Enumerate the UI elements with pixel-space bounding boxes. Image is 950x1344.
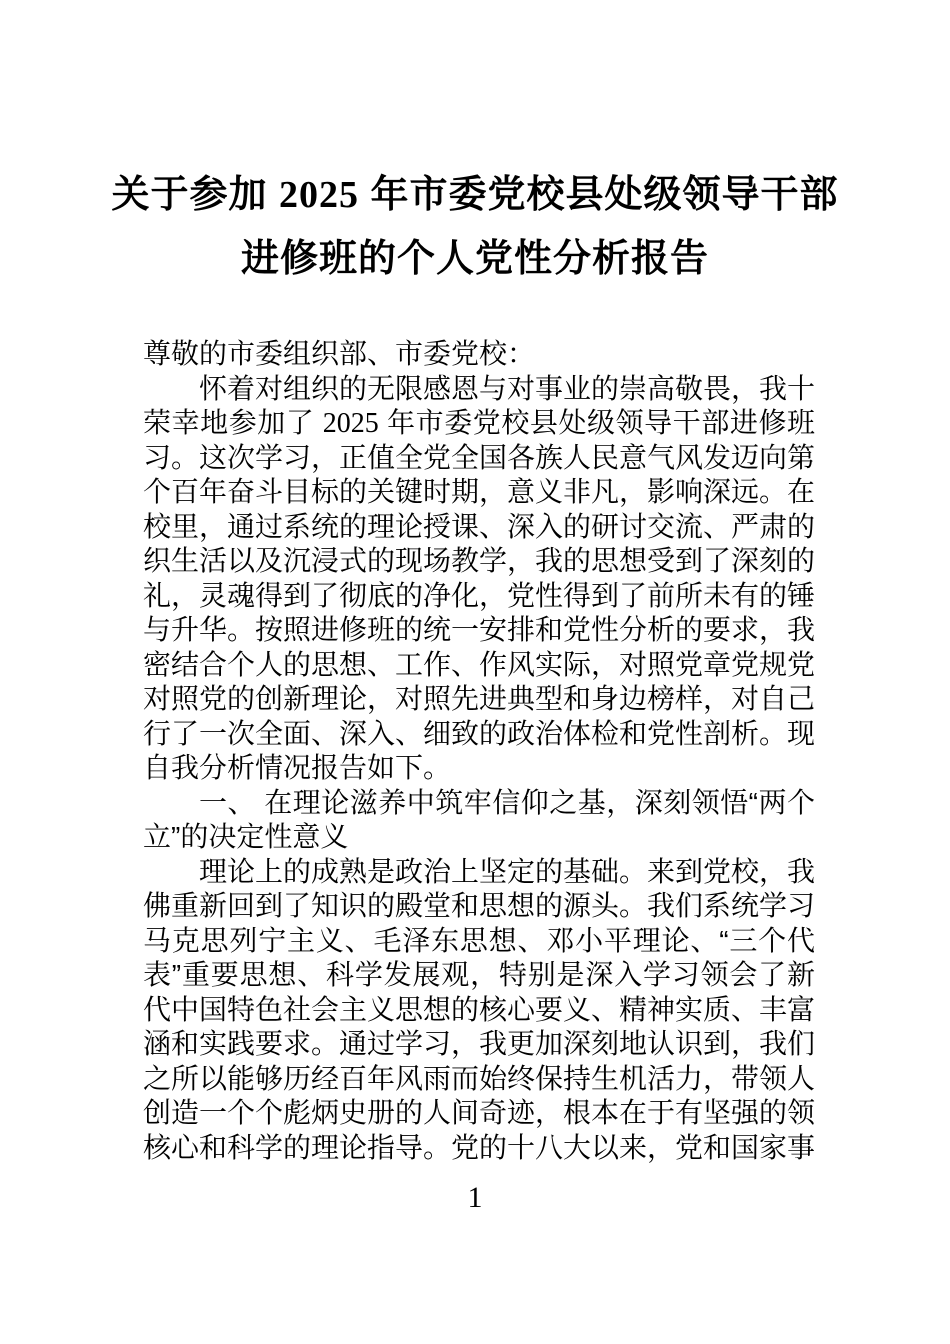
cjk-text: 礼，灵魂得到了彻底的净化，党性得到了前所未有的锤炼 [143,580,815,614]
body-line: 之所以能够历经百年风雨而始终保持生机活力，带领人民 [143,1062,815,1097]
body-line: 涵和实践要求。通过学习，我更加深刻地认识到，我们党 [143,1027,815,1062]
body-line: 怀着对组织的无限感恩与对事业的崇高敬畏，我十分 [143,372,815,407]
section-heading-line: 立”的决定性意义 [143,820,815,855]
body-line: 密结合个人的思想、工作、作风实际，对照党章党规党纪 [143,648,815,683]
cjk-text: 涵和实践要求。通过学习，我更加深刻地认识到，我们党 [143,1028,815,1062]
body-line: 佛重新回到了知识的殿堂和思想的源头。我们系统学习了 [143,889,815,924]
document-title-line-2: 进修班的个人党性分析报告 [0,227,950,291]
body-line: 马克思列宁主义、毛泽东思想、邓小平理论、“三个代 [143,924,815,959]
cjk-text: 关于参加 [111,174,279,216]
cjk-text: 尊敬的市委组织部、市委党校： [143,338,535,369]
cjk-text: 表”重要思想、科学发展观，特别是深入学习领会了新时 [143,959,815,993]
numeric-text: 2025 [279,174,359,216]
body-line: 习。这次学习，正值全党全国各族人民意气风发迈向第二 [143,441,815,476]
cjk-text: 与升华。按照进修班的统一安排和党性分析的要求，我紧 [143,614,815,648]
cjk-text: 自我分析情况报告如下。 [143,752,451,783]
cjk-text: 密结合个人的思想、工作、作风实际，对照党章党规党纪 [143,649,815,683]
body-line: 自我分析情况报告如下。 [143,751,815,786]
cjk-text: 怀着对组织的无限感恩与对事业的崇高敬畏，我十分 [143,373,815,407]
cjk-text: 代中国特色社会主义思想的核心要义、精神实质、丰富内 [143,994,815,1028]
cjk-text: 之所以能够历经百年风雨而始终保持生机活力，带领人民 [143,1063,815,1097]
cjk-text: 创造一个个彪炳史册的人间奇迹，根本在于有坚强的领导 [143,1097,815,1131]
cjk-text: 佛重新回到了知识的殿堂和思想的源头。我们系统学习了 [143,890,815,924]
section-heading-line: 一、 在理论滋养中筑牢信仰之基，深刻领悟“两个确 [143,786,815,821]
page-number: 1 [0,1180,950,1216]
body-line: 对照党的创新理论，对照先进典型和身边榜样，对自己进 [143,682,815,717]
body-line: 理论上的成熟是政治上坚定的基础。来到党校，我仿 [143,855,815,890]
document-lines: 尊敬的市委组织部、市委党校：怀着对组织的无限感恩与对事业的崇高敬畏，我十分荣幸地… [143,337,815,1165]
cjk-text: 荣幸地参加了 [143,407,323,438]
body-line: 代中国特色社会主义思想的核心要义、精神实质、丰富内 [143,993,815,1028]
cjk-text: 习。这次学习，正值全党全国各族人民意气风发迈向第二 [143,442,815,476]
body-line: 核心和科学的理论指导。党的十八大以来，党和国家事业 [143,1131,815,1166]
body-line: 创造一个个彪炳史册的人间奇迹，根本在于有坚强的领导 [143,1096,815,1131]
body-line: 校里，通过系统的理论授课、深入的研讨交流、严肃的组 [143,510,815,545]
body-line: 荣幸地参加了 2025 年市委党校县处级领导干部进修班的学 [143,406,815,441]
numeric-text: 2025 [323,408,379,439]
cjk-text: 行了一次全面、深入、细致的政治体检和党性剖析。现将 [143,718,815,752]
body-line: 表”重要思想、科学发展观，特别是深入学习领会了新时 [143,958,815,993]
cjk-text: 一、 在理论滋养中筑牢信仰之基，深刻领悟“两个确 [143,787,815,821]
body-line: 礼，灵魂得到了彻底的净化，党性得到了前所未有的锤炼 [143,579,815,614]
body-line: 尊敬的市委组织部、市委党校： [143,337,815,372]
body-line: 与升华。按照进修班的统一安排和党性分析的要求，我紧 [143,613,815,648]
document-page: 关于参加 2025 年市委党校县处级领导干部 进修班的个人党性分析报告 尊敬的市… [0,0,950,1344]
cjk-text: 织生活以及沉浸式的现场教学，我的思想受到了深刻的洗 [143,545,815,579]
cjk-text: 核心和科学的理论指导。党的十八大以来，党和国家事业 [143,1132,815,1166]
body-line: 个百年奋斗目标的关键时期，意义非凡，影响深远。在党 [143,475,815,510]
body-line: 行了一次全面、深入、细致的政治体检和党性剖析。现将 [143,717,815,752]
cjk-text: 校里，通过系统的理论授课、深入的研讨交流、严肃的组 [143,511,815,545]
cjk-text: 个百年奋斗目标的关键时期，意义非凡，影响深远。在党 [143,476,815,510]
cjk-text: 立”的决定性意义 [143,821,348,852]
cjk-text: 理论上的成熟是政治上坚定的基础。来到党校，我仿 [143,856,815,890]
document-title-line-1: 关于参加 2025 年市委党校县处级领导干部 [0,163,950,227]
cjk-text: 马克思列宁主义、毛泽东思想、邓小平理论、“三个代 [143,925,815,956]
body-line: 织生活以及沉浸式的现场教学，我的思想受到了深刻的洗 [143,544,815,579]
cjk-text: 对照党的创新理论，对照先进典型和身边榜样，对自己进 [143,683,815,717]
document-title: 关于参加 2025 年市委党校县处级领导干部 进修班的个人党性分析报告 [0,163,950,291]
cjk-text: 年市委党校县处级领导干部 [359,174,839,216]
cjk-text: 进修班的个人党性分析报告 [241,238,709,280]
